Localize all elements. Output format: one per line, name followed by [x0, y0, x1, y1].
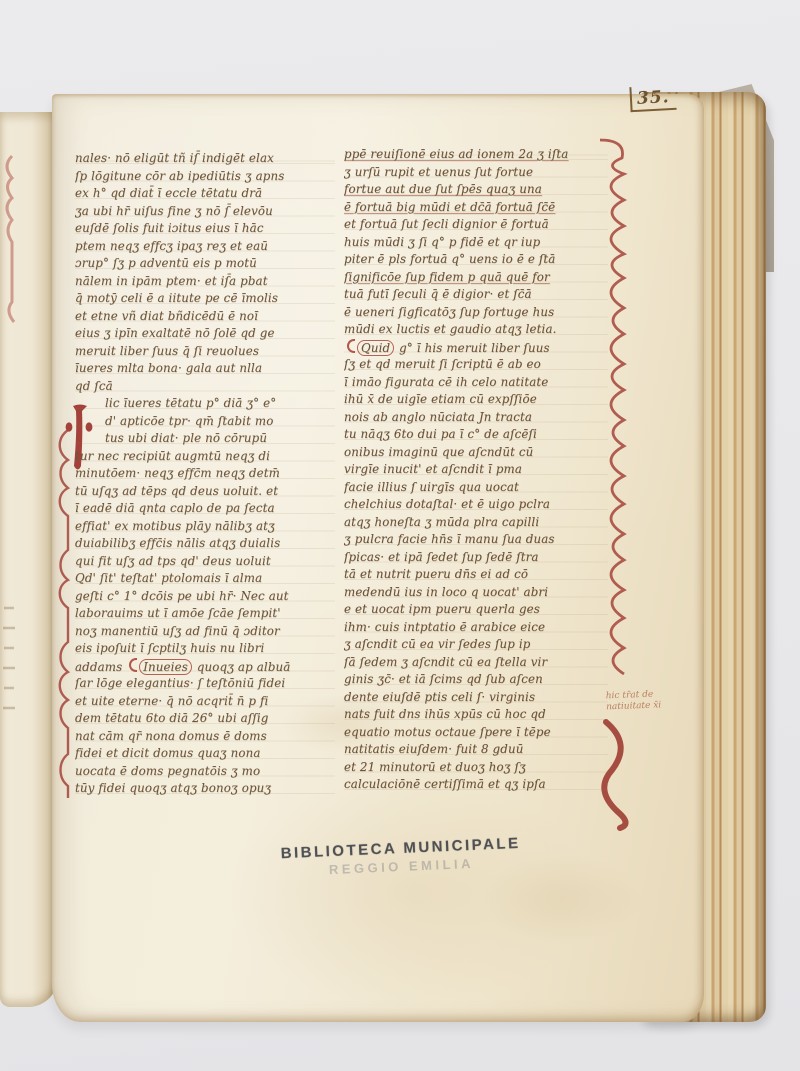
- text-line: eius ʒ ipīn exaltatē nō ſolē qd ge: [75, 325, 335, 343]
- text-line: ppē reuiſionē eius ad ionem 2a ʒ iſta: [344, 146, 608, 164]
- text-line: nales· nō eligūt tñ iſ̄ indigēt elax: [75, 150, 335, 168]
- text-line: duiabilibʒ effc̄is nālis atqʒ duialis: [75, 535, 335, 553]
- text-line: ī imāo figurata cē ih celo natitate: [344, 374, 608, 392]
- text-line: tā et nutrit pueru dn̄s ei ad cō: [344, 566, 608, 584]
- text-line: e et uocat ipm pueru querla ges: [344, 601, 608, 619]
- text-line: mūdi ex luctis et gaudio atqʒ letia.: [344, 321, 608, 339]
- text-line: nat cām qr̄ nona domus ē doms: [75, 728, 335, 746]
- text-line: ʒa ubi hr̄ uiſus fine ʒ nō ſ̄ elevōu: [75, 203, 335, 221]
- text-line: ē ueneri ſigficatōʒ ſup fortuge hus: [344, 304, 608, 322]
- text-line: Quid g° ī his meruit liber ſuus: [344, 339, 608, 357]
- text-line: tur nec recipiūt augmtū neqʒ di: [75, 448, 335, 466]
- rubric-paragraph-mark-icon: [347, 339, 355, 353]
- text-line: qd ſcā: [75, 378, 335, 396]
- text-line: tūy fidei quoqʒ atqʒ bonoʒ opuʒ: [75, 780, 335, 798]
- previous-page-edge: [0, 112, 58, 1007]
- text-line: ſʒ et qd meruit ſi ſcriptū ē ab eo: [344, 356, 608, 374]
- text-line: virgīe inucit' et aſcndit ī pma: [344, 461, 608, 479]
- text-line: effiat' ex motibus plāy nālibʒ atʒ: [75, 518, 335, 536]
- text-line: lic īueres tētatu p° diā ʒ° e°: [75, 395, 335, 413]
- text-line: dem tētatu 6to diā 26° ubi aſſig: [75, 710, 335, 728]
- text-line: natitatis eiuſdem· fuit 8 gduū: [344, 741, 608, 759]
- text-line: piter ē pls fortuā q° uens io ē e ſtā: [344, 251, 608, 269]
- text-line: dente eiuſdē ptis celi ſ· virginis: [344, 689, 608, 707]
- text-line: ex h° qd diat̄ ī eccle tētatu drā: [75, 185, 335, 203]
- marginal-note: hic tr̄at de natiuitate x̄i: [606, 689, 683, 714]
- text-column-right: ppē reuiſionē eius ad ionem 2a ʒ iſtaʒ u…: [344, 146, 608, 798]
- text-line: ginis ʒc̄· et iā ſcims qd ſub aſcen: [344, 671, 608, 689]
- text-line: nats fuit dns ihūs xpūs cū hoc qd: [344, 706, 608, 724]
- text-line: q̄ motȳ celi ē a iitute pe cē īmolis: [75, 290, 335, 308]
- text-line: eis ipoſuit ī ſcptilʒ huis nu libri: [75, 640, 335, 658]
- text-line: calculaciōnē certiſſimā et qʒ ipſa: [344, 776, 608, 794]
- text-line: ſar lōge elegantius· ſ teſtōniū fidei: [75, 675, 335, 693]
- text-line: et 21 minutorū et duoʒ hoʒ ſʒ: [344, 759, 608, 777]
- text-line: medendū ius in loco q uocat' abri: [344, 584, 608, 602]
- text-line: addams Inueies quoqʒ ap albuā: [75, 658, 335, 676]
- text-line: fidei et dicit domus quaʒ nona: [75, 745, 335, 763]
- text-line: noʒ manentiū uſʒ ad finū q̄ ɔditor: [75, 623, 335, 641]
- text-line: minutōem· neqʒ effc̄m neqʒ detm̄: [75, 465, 335, 483]
- text-line: uocata ē doms pegnatōis ʒ mo: [75, 763, 335, 781]
- text-line: euſdē ſolis fuit iɔitus eius ī hāc: [75, 220, 335, 238]
- text-line: huis mūdi ʒ ſi q° p fidē et qr iup: [344, 234, 608, 252]
- text-line: ſpicas· et ipā ſedet ſup ſedē ſtra: [344, 549, 608, 567]
- text-line: Qd' ſit' teſtat' ptolomais ī alma: [75, 570, 335, 588]
- text-line: qui fit uſʒ ad tps qd' deus uoluit: [75, 553, 335, 571]
- text-line: ihū x̄ de uigīe etiam cū expſſiōe: [344, 391, 608, 409]
- text-line: et fortuā ſut ſecli dignior ē fortuā: [344, 216, 608, 234]
- text-line: nālem in ipām ptem· et iſ̄a pbat: [75, 273, 335, 291]
- text-line: nois ab anglo nūciata Jn tracta: [344, 409, 608, 427]
- manuscript-photo: 35. I nales· nō eligūt tñ iſ̄ indigēt el…: [0, 0, 800, 1071]
- text-line: ihm· cuis intptatio ē arabice eice: [344, 619, 608, 637]
- text-line: et uite eterne· q̄ nō acqrit̄ n̄ p fi: [75, 693, 335, 711]
- text-line: onibus imaginū que aſcndūt cū: [344, 444, 608, 462]
- text-line: meruit liber ſuus q̄ ſi reuolues: [75, 343, 335, 361]
- text-column-left: nales· nō eligūt tñ iſ̄ indigēt elaxſp l…: [75, 150, 335, 800]
- text-line: ʒ urſū rupit et uenus ſut fortue: [344, 164, 608, 182]
- text-line: fortue aut due ſut ſpēs quaʒ una: [344, 181, 608, 199]
- text-line: ſp lōgitune cōr ab ipediūtis ʒ apns: [75, 168, 335, 186]
- previous-page-text-fragment-icon: [0, 602, 18, 722]
- text-line: tuā futī ſeculi q̄ ē digior· et ſc̄ā: [344, 286, 608, 304]
- rubricated-word: Inueies: [139, 659, 192, 675]
- text-line: tū uſqʒ ad tēps qd deus uoluit. et: [75, 483, 335, 501]
- text-line: ſignificōe ſup fidem p quā quē for: [344, 269, 608, 287]
- text-line: ɔrup° ſʒ p adventū eis p motū: [75, 255, 335, 273]
- rubricated-word: Quid: [357, 340, 394, 356]
- text-line: atqʒ honeſta ʒ mūda plra capilli: [344, 514, 608, 532]
- text-line: ſā ſedem ʒ aſcndit cū ea ſtella vir: [344, 654, 608, 672]
- folio-number: 35.: [629, 85, 676, 112]
- text-line: ē fortuā big mūdi et dc̄ā fortuā ſc̄ē: [344, 199, 608, 217]
- text-line: ī eadē diā qnta caplo de pa ſecta: [75, 500, 335, 518]
- text-line: geſti c° 1° dcōis pe ubi hr̄· Nec aut: [75, 588, 335, 606]
- rubric-paragraph-mark-icon: [129, 658, 137, 672]
- text-line: equatio motus octaue ſpere ī tēpe: [344, 724, 608, 742]
- text-line: d' apticōe tpr· qm̄ ſtabit mo: [75, 413, 335, 431]
- text-line: laborauims ut ī amōe ſcāe ſempit': [75, 605, 335, 623]
- text-line: ʒ pulcra facie hn̄s ī manu ſua duas: [344, 531, 608, 549]
- text-line: chelchius dotaſtal· et ē uigo pclra: [344, 496, 608, 514]
- text-line: tu nāqʒ 6to dui pa ī c° de aſcēſi: [344, 426, 608, 444]
- text-line: ptem neqʒ effcʒ ipaʒ reʒ et eaū: [75, 238, 335, 256]
- text-line: facie illius ſ uirgīs qua uocat: [344, 479, 608, 497]
- penwork-flourish-left-icon: [56, 430, 74, 800]
- text-line: īueres mlta bona· gala aut nlla: [75, 360, 335, 378]
- text-line: tus ubi diat· ple nō cōrupū: [75, 430, 335, 448]
- text-line: et etne vñ diat bñdicēdū ē noī: [75, 308, 335, 326]
- text-line: ʒ aſcndit cū ea vir ſedes ſup ip: [344, 636, 608, 654]
- previous-page-penwork-icon: [2, 152, 18, 352]
